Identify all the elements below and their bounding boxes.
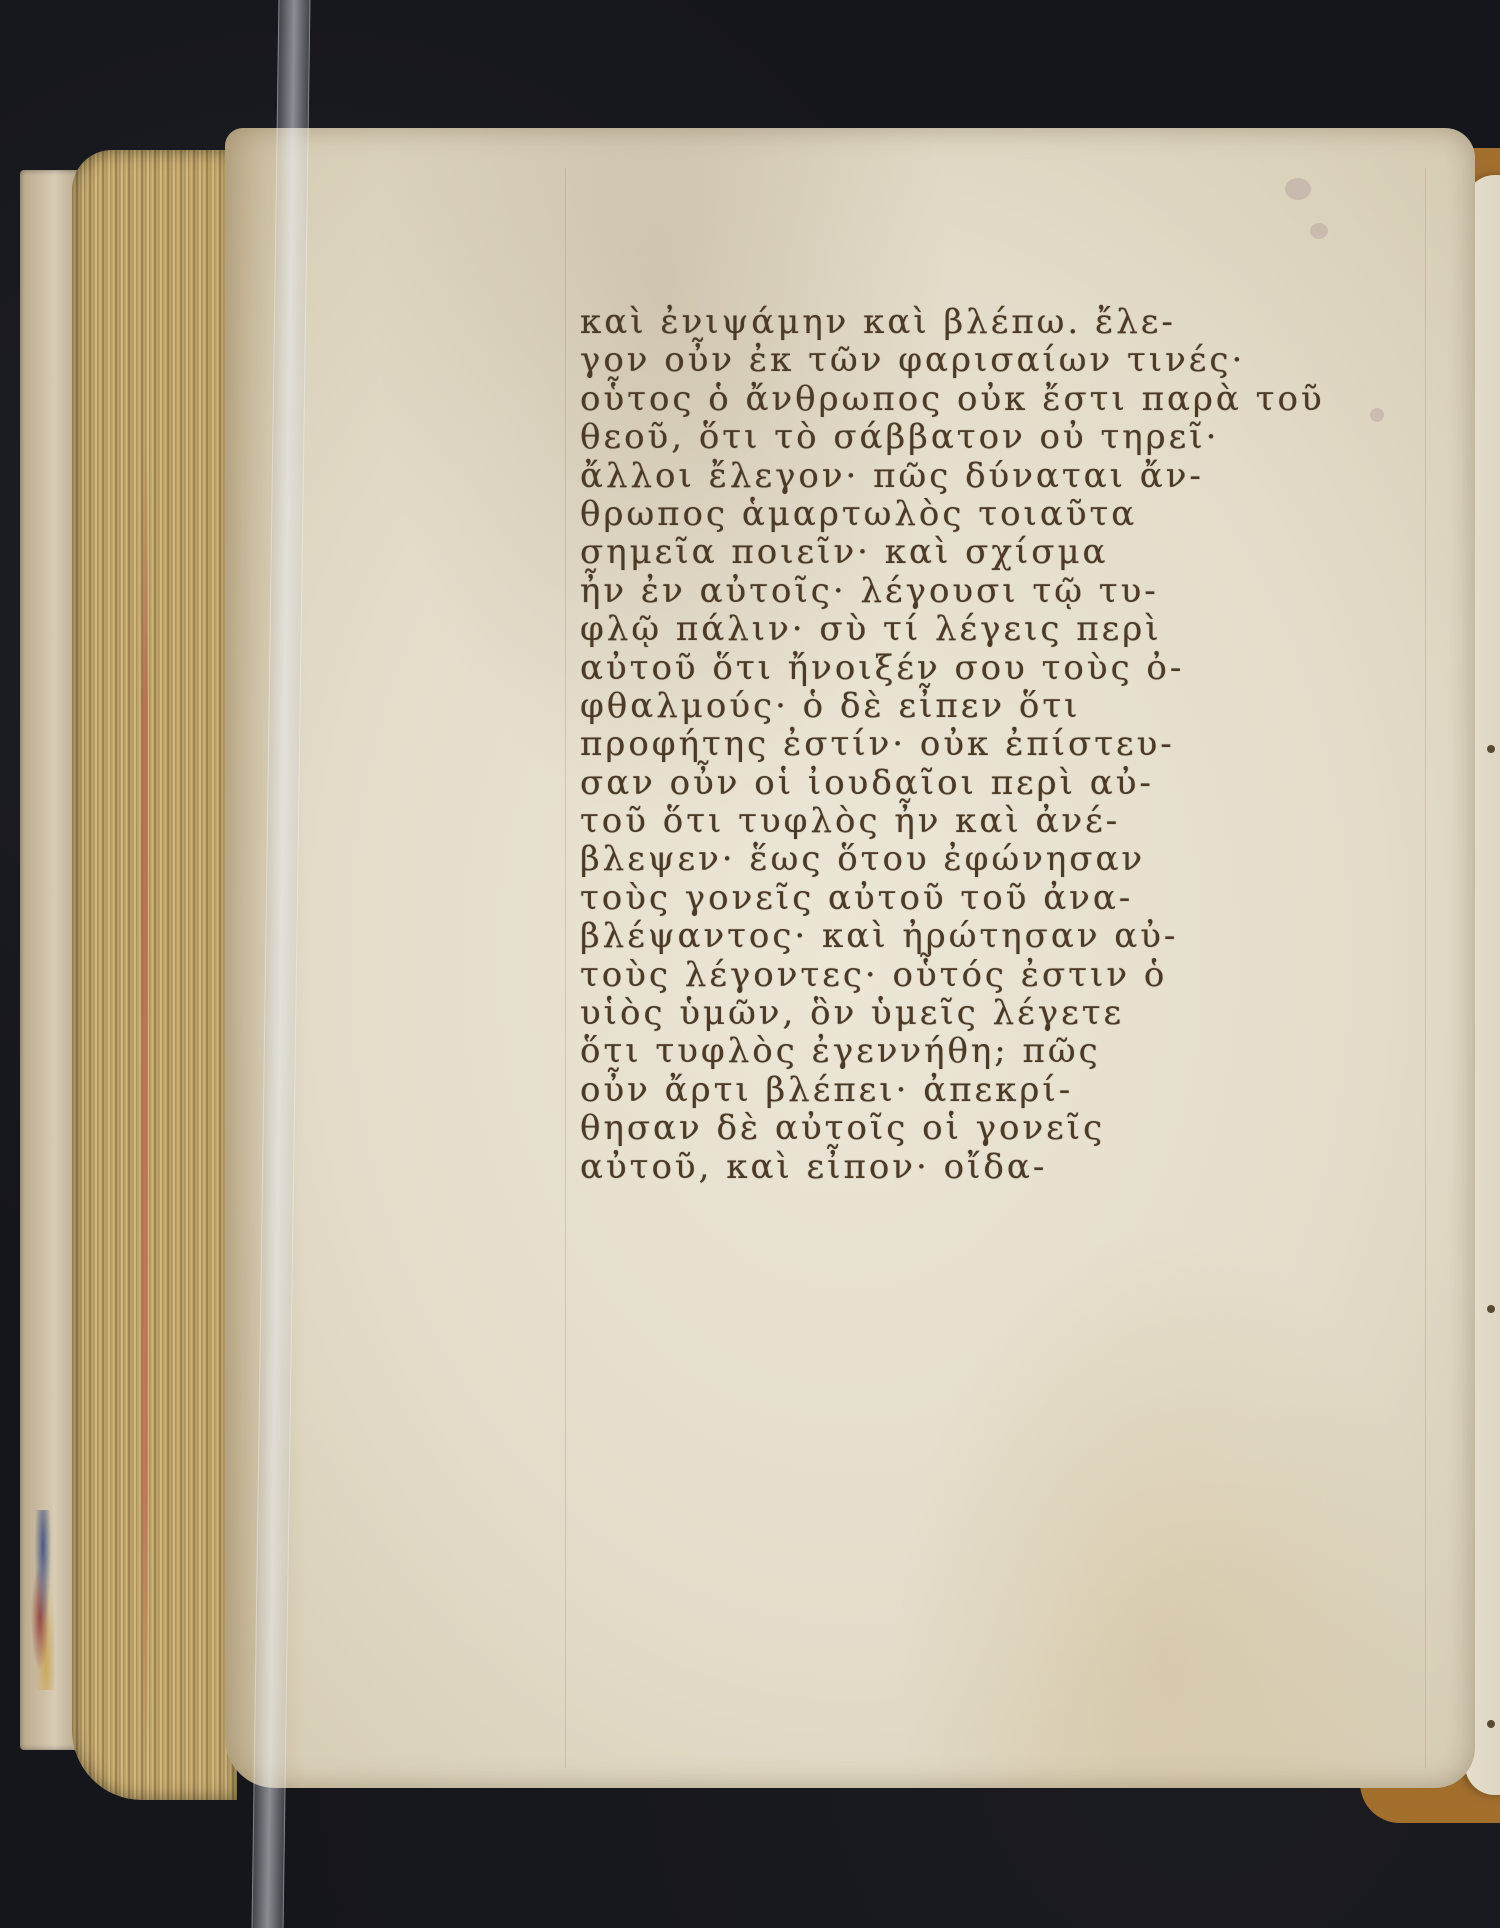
ink-mark <box>1487 1305 1495 1313</box>
marbled-endpaper <box>28 1510 58 1690</box>
text-line: σημεῖα ποιεῖν· καὶ σχίσμα <box>580 533 1440 571</box>
text-line: ὅτι τυφλὸς ἐγεννήθη; πῶς <box>580 1032 1440 1070</box>
ruling-line <box>565 168 566 1768</box>
text-line: προφήτης ἐστίν· οὐκ ἐπίστευ- <box>580 725 1440 763</box>
page-fore-edge <box>72 150 237 1800</box>
ink-mark <box>1487 745 1495 753</box>
stain <box>1285 178 1311 200</box>
text-line: βλέψαντος· καὶ ἠρώτησαν αὐ- <box>580 917 1440 955</box>
text-line: υἱὸς ὑμῶν, ὃν ὑμεῖς λέγετε <box>580 994 1440 1032</box>
text-line: σαν οὖν οἱ ἰουδαῖοι περὶ αὐ- <box>580 764 1440 802</box>
text-line: γον οὖν ἐκ τῶν φαρισαίων τινές· <box>580 341 1440 379</box>
text-line: αὐτοῦ, καὶ εἶπον· οἴδα- <box>580 1148 1440 1186</box>
text-line: ἦν ἐν αὐτοῖς· λέγουσι τῷ τυ- <box>580 572 1440 610</box>
text-line: οὖν ἄρτι βλέπει· ἀπεκρί- <box>580 1071 1440 1109</box>
text-line: θεοῦ, ὅτι τὸ σάββατον οὐ τηρεῖ· <box>580 418 1440 456</box>
text-line: τοῦ ὅτι τυφλὸς ἦν καὶ ἀνέ- <box>580 802 1440 840</box>
text-line: φθαλμούς· ὁ δὲ εἶπεν ὅτι <box>580 687 1440 725</box>
text-line: θρωπος ἁμαρτωλὸς τοιαῦτα <box>580 495 1440 533</box>
text-line: ἄλλοι ἔλεγον· πῶς δύναται ἄν- <box>580 457 1440 495</box>
manuscript-photo: καὶ ἐνιψάμην καὶ βλέπω. ἔλε- γον οὖν ἐκ … <box>0 0 1500 1928</box>
manuscript-page: καὶ ἐνιψάμην καὶ βλέπω. ἔλε- γον οὖν ἐκ … <box>225 128 1475 1788</box>
greek-text-block: καὶ ἐνιψάμην καὶ βλέπω. ἔλε- γον οὖν ἐκ … <box>580 303 1440 1186</box>
text-line: οὗτος ὁ ἄνθρωπος οὐκ ἔστι παρὰ τοῦ <box>580 380 1440 418</box>
text-line: τοὺς γονεῖς αὐτοῦ τοῦ ἀνα- <box>580 879 1440 917</box>
text-line: θησαν δὲ αὐτοῖς οἱ γονεῖς <box>580 1109 1440 1147</box>
ink-mark <box>1487 1720 1495 1728</box>
text-line: καὶ ἐνιψάμην καὶ βλέπω. ἔλε- <box>580 303 1440 341</box>
text-line: αὐτοῦ ὅτι ἤνοιξέν σου τοὺς ὀ- <box>580 649 1440 687</box>
stain <box>1310 223 1328 239</box>
text-line: βλεψεν· ἕως ὅτου ἐφώνησαν <box>580 840 1440 878</box>
text-line: φλῷ πάλιν· σὺ τί λέγεις περὶ <box>580 610 1440 648</box>
red-edge-stain <box>142 450 148 1750</box>
text-line: τοὺς λέγοντες· οὗτός ἐστιν ὁ <box>580 956 1440 994</box>
